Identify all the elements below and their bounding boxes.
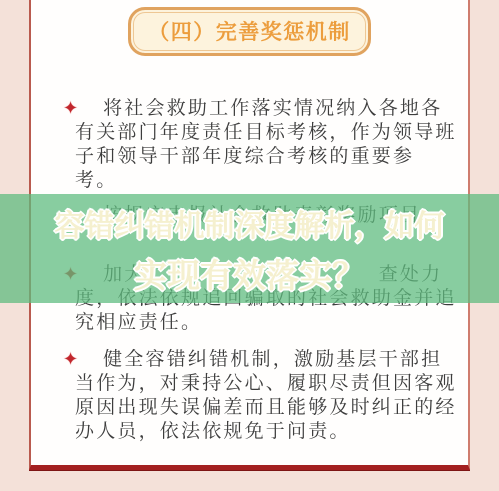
section-header-badge: （四）完善奖惩机制 bbox=[128, 7, 371, 56]
bullet-item-4: ✦健全容错纠错机制，激励基层干部担 当作为，对秉持公心、履职尽责但因客观 原因出… bbox=[75, 347, 461, 444]
bullet-text-1: 将社会救助工作落实情况纳入各地各 有关部门年度责任目标考核，作为领导班 子和领导… bbox=[75, 98, 457, 191]
section-title: （四）完善奖惩机制 bbox=[148, 21, 351, 44]
caption-overlay-band: 容错纠错机制深度解析，如何 实现有效落实？ bbox=[0, 194, 499, 303]
poster-page: { "page": { "background_color": "#f4e1d9… bbox=[0, 0, 499, 491]
star-bullet-icon: ✦ bbox=[63, 98, 78, 118]
bullet-item-1: ✦将社会救助工作落实情况纳入各地各 有关部门年度责任目标考核，作为领导班 子和领… bbox=[75, 96, 461, 193]
star-bullet-icon: ✦ bbox=[63, 349, 78, 369]
bullet-text-4: 健全容错纠错机制，激励基层干部担 当作为，对秉持公心、履职尽责但因客观 原因出现… bbox=[75, 349, 457, 442]
caption-line-1: 容错纠错机制深度解析，如何 bbox=[55, 201, 445, 245]
caption-line-2: 实现有效落实？ bbox=[134, 250, 365, 297]
